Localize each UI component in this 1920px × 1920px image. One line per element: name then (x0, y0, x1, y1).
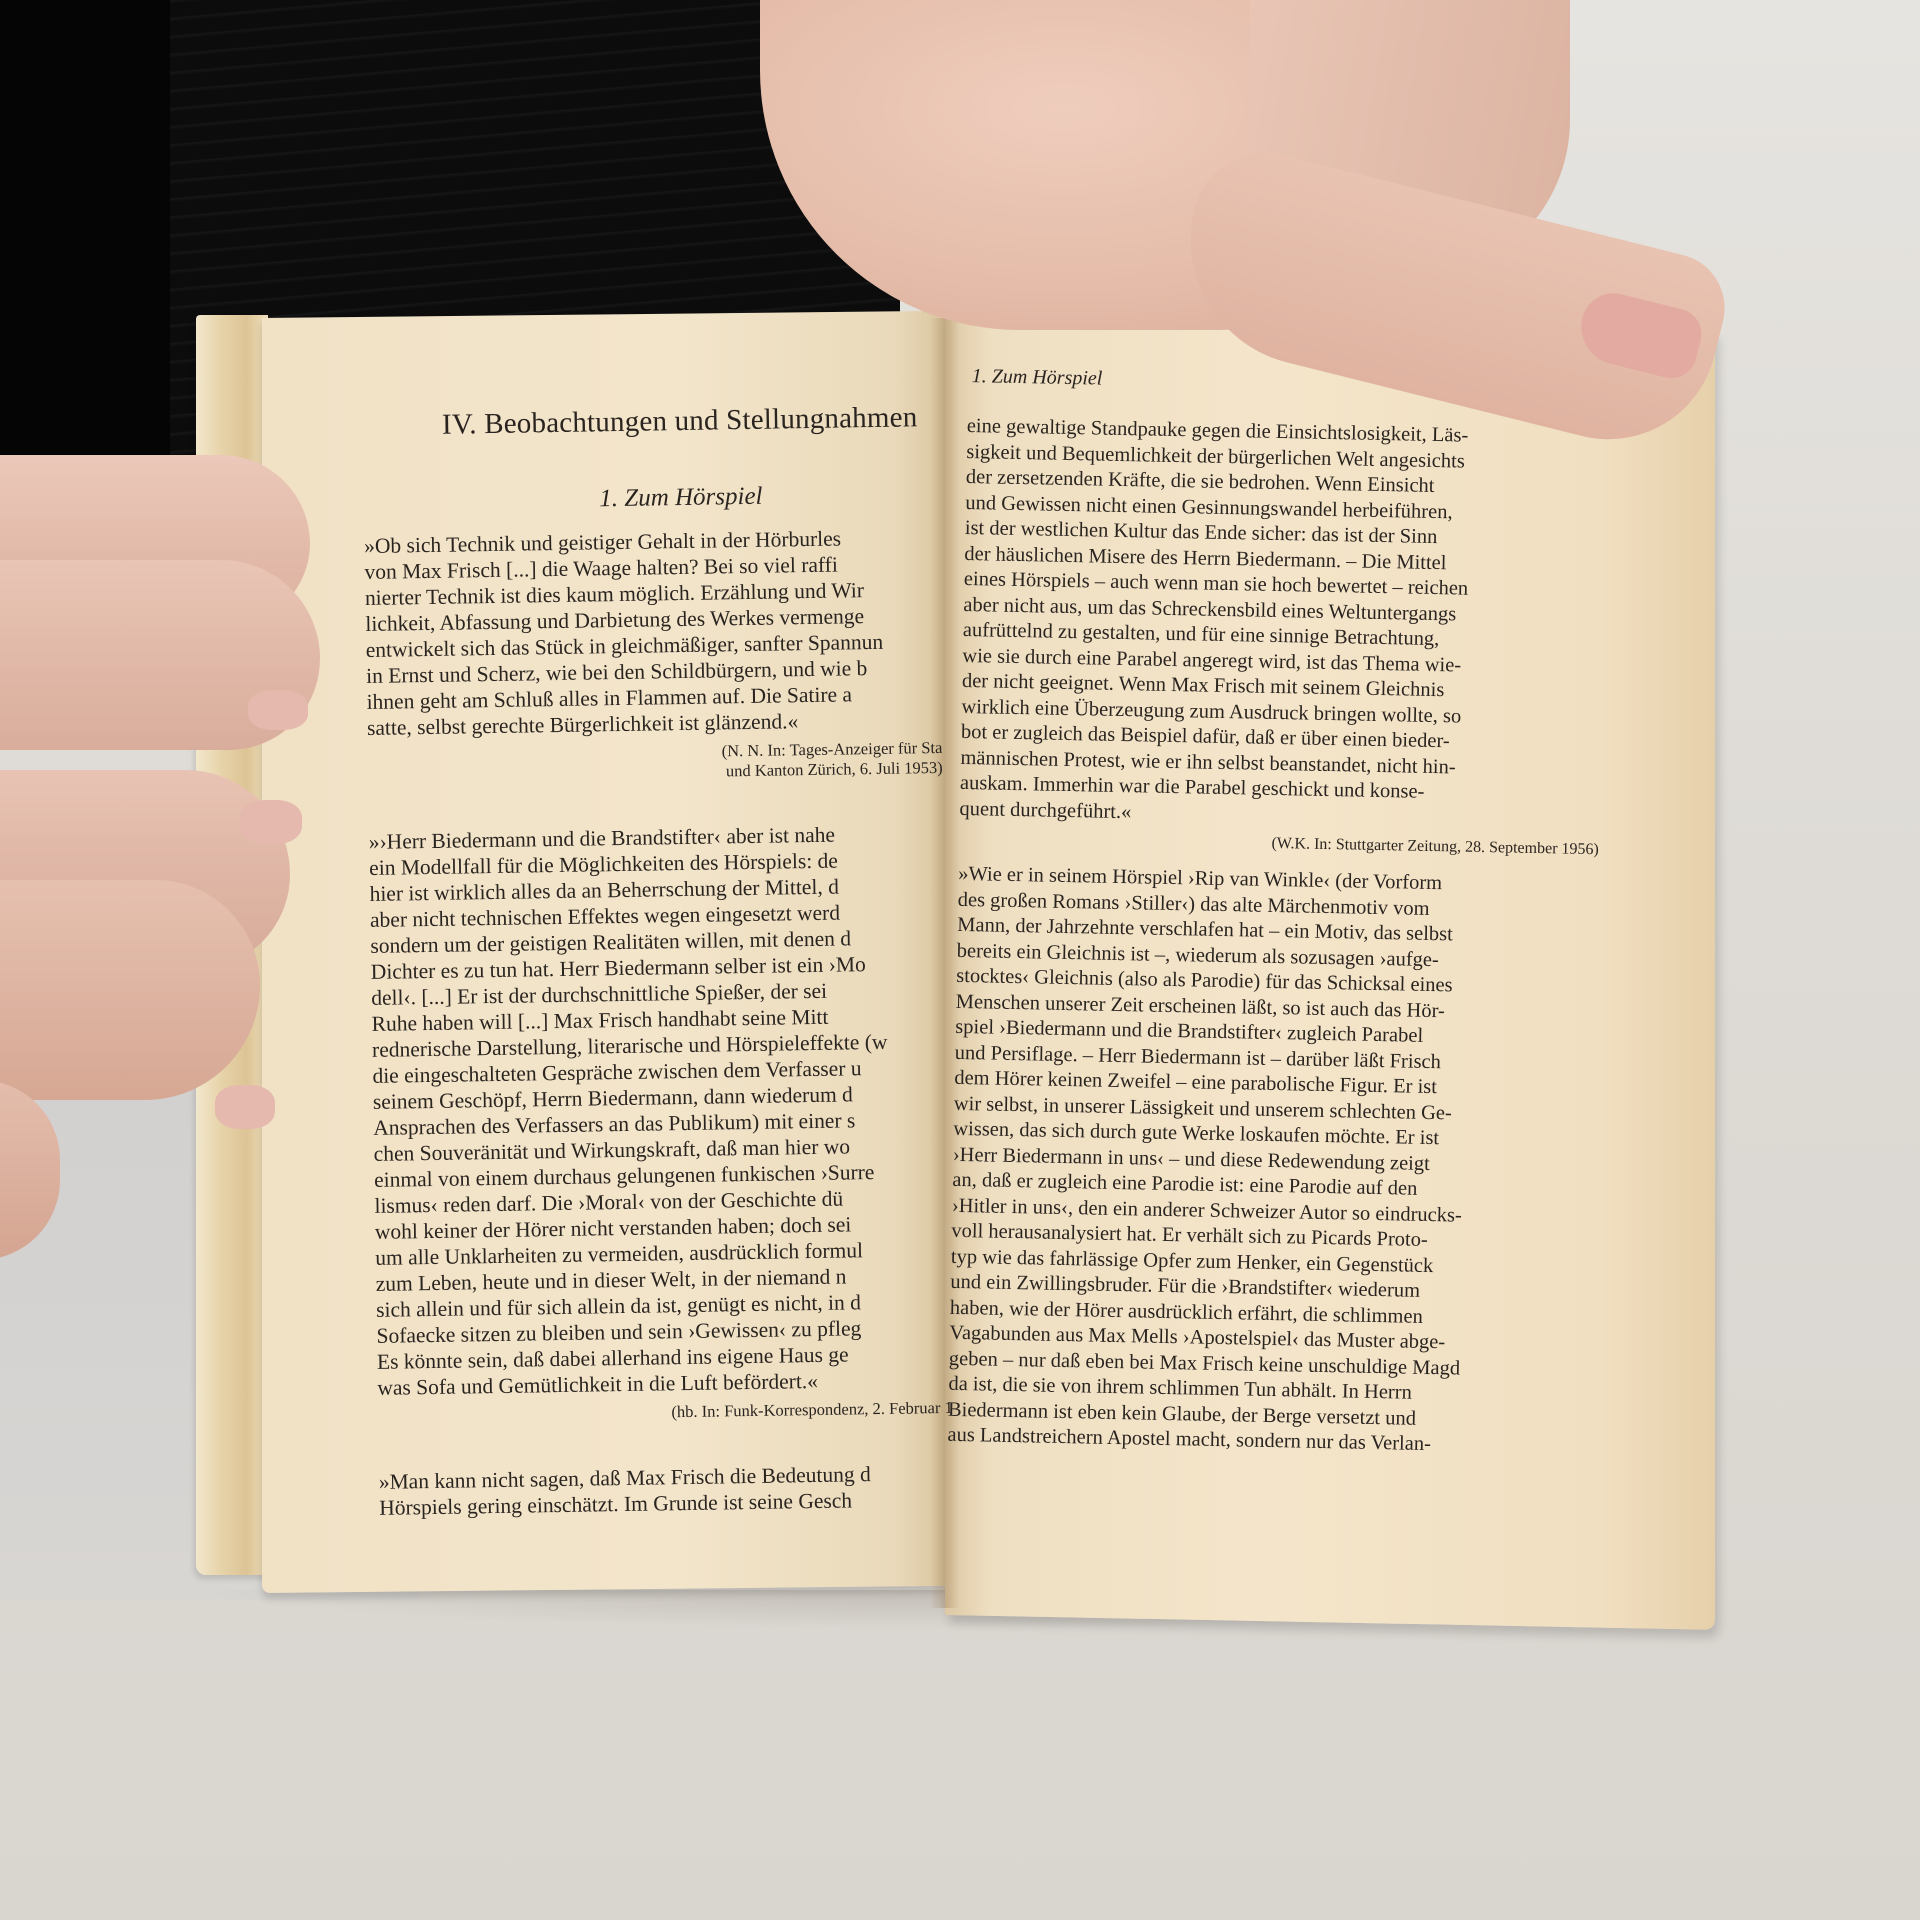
citation-1: (N. N. In: Tages-Anzeiger für Sta und Ka… (367, 738, 943, 787)
citation-3: (W.K. In: Stuttgarter Zeitung, 28. Septe… (959, 828, 1599, 860)
citation-2: (hb. In: Funk-Korrespondenz, 2. Februar … (378, 1398, 953, 1427)
chapter-title: IV. Beobachtungen und Stellungnahmen (422, 401, 937, 442)
quote-1: »Ob sich Technik und geistiger Gehalt in… (364, 524, 942, 741)
citation-line: (W.K. In: Stuttgarter Zeitung, 28. Septe… (959, 828, 1599, 860)
paragraph-2: »Wie er in seinem Hörspiel ›Rip van Wink… (947, 862, 1598, 1461)
paragraph-1: eine gewaltige Standpauke gegen die Eins… (959, 414, 1607, 834)
right-page-content: 1. Zum Hörspiel 47 eine gewaltige Standp… (947, 365, 1608, 1461)
section-title: 1. Zum Hörspiel (423, 480, 938, 516)
fingernail (248, 690, 308, 730)
left-hand-finger (0, 880, 260, 1100)
citation-line: (hb. In: Funk-Korrespondenz, 2. Februar … (378, 1398, 953, 1427)
left-page-content: IV. Beobachtungen und Stellungnahmen 1. … (362, 401, 954, 1521)
quote-3: »Man kann nicht sagen, daß Max Frisch di… (379, 1460, 955, 1521)
fingernail (240, 800, 302, 844)
quote-2: »›Herr Biedermann und die Brandstifter‹ … (369, 820, 953, 1401)
fingernail (215, 1085, 275, 1129)
